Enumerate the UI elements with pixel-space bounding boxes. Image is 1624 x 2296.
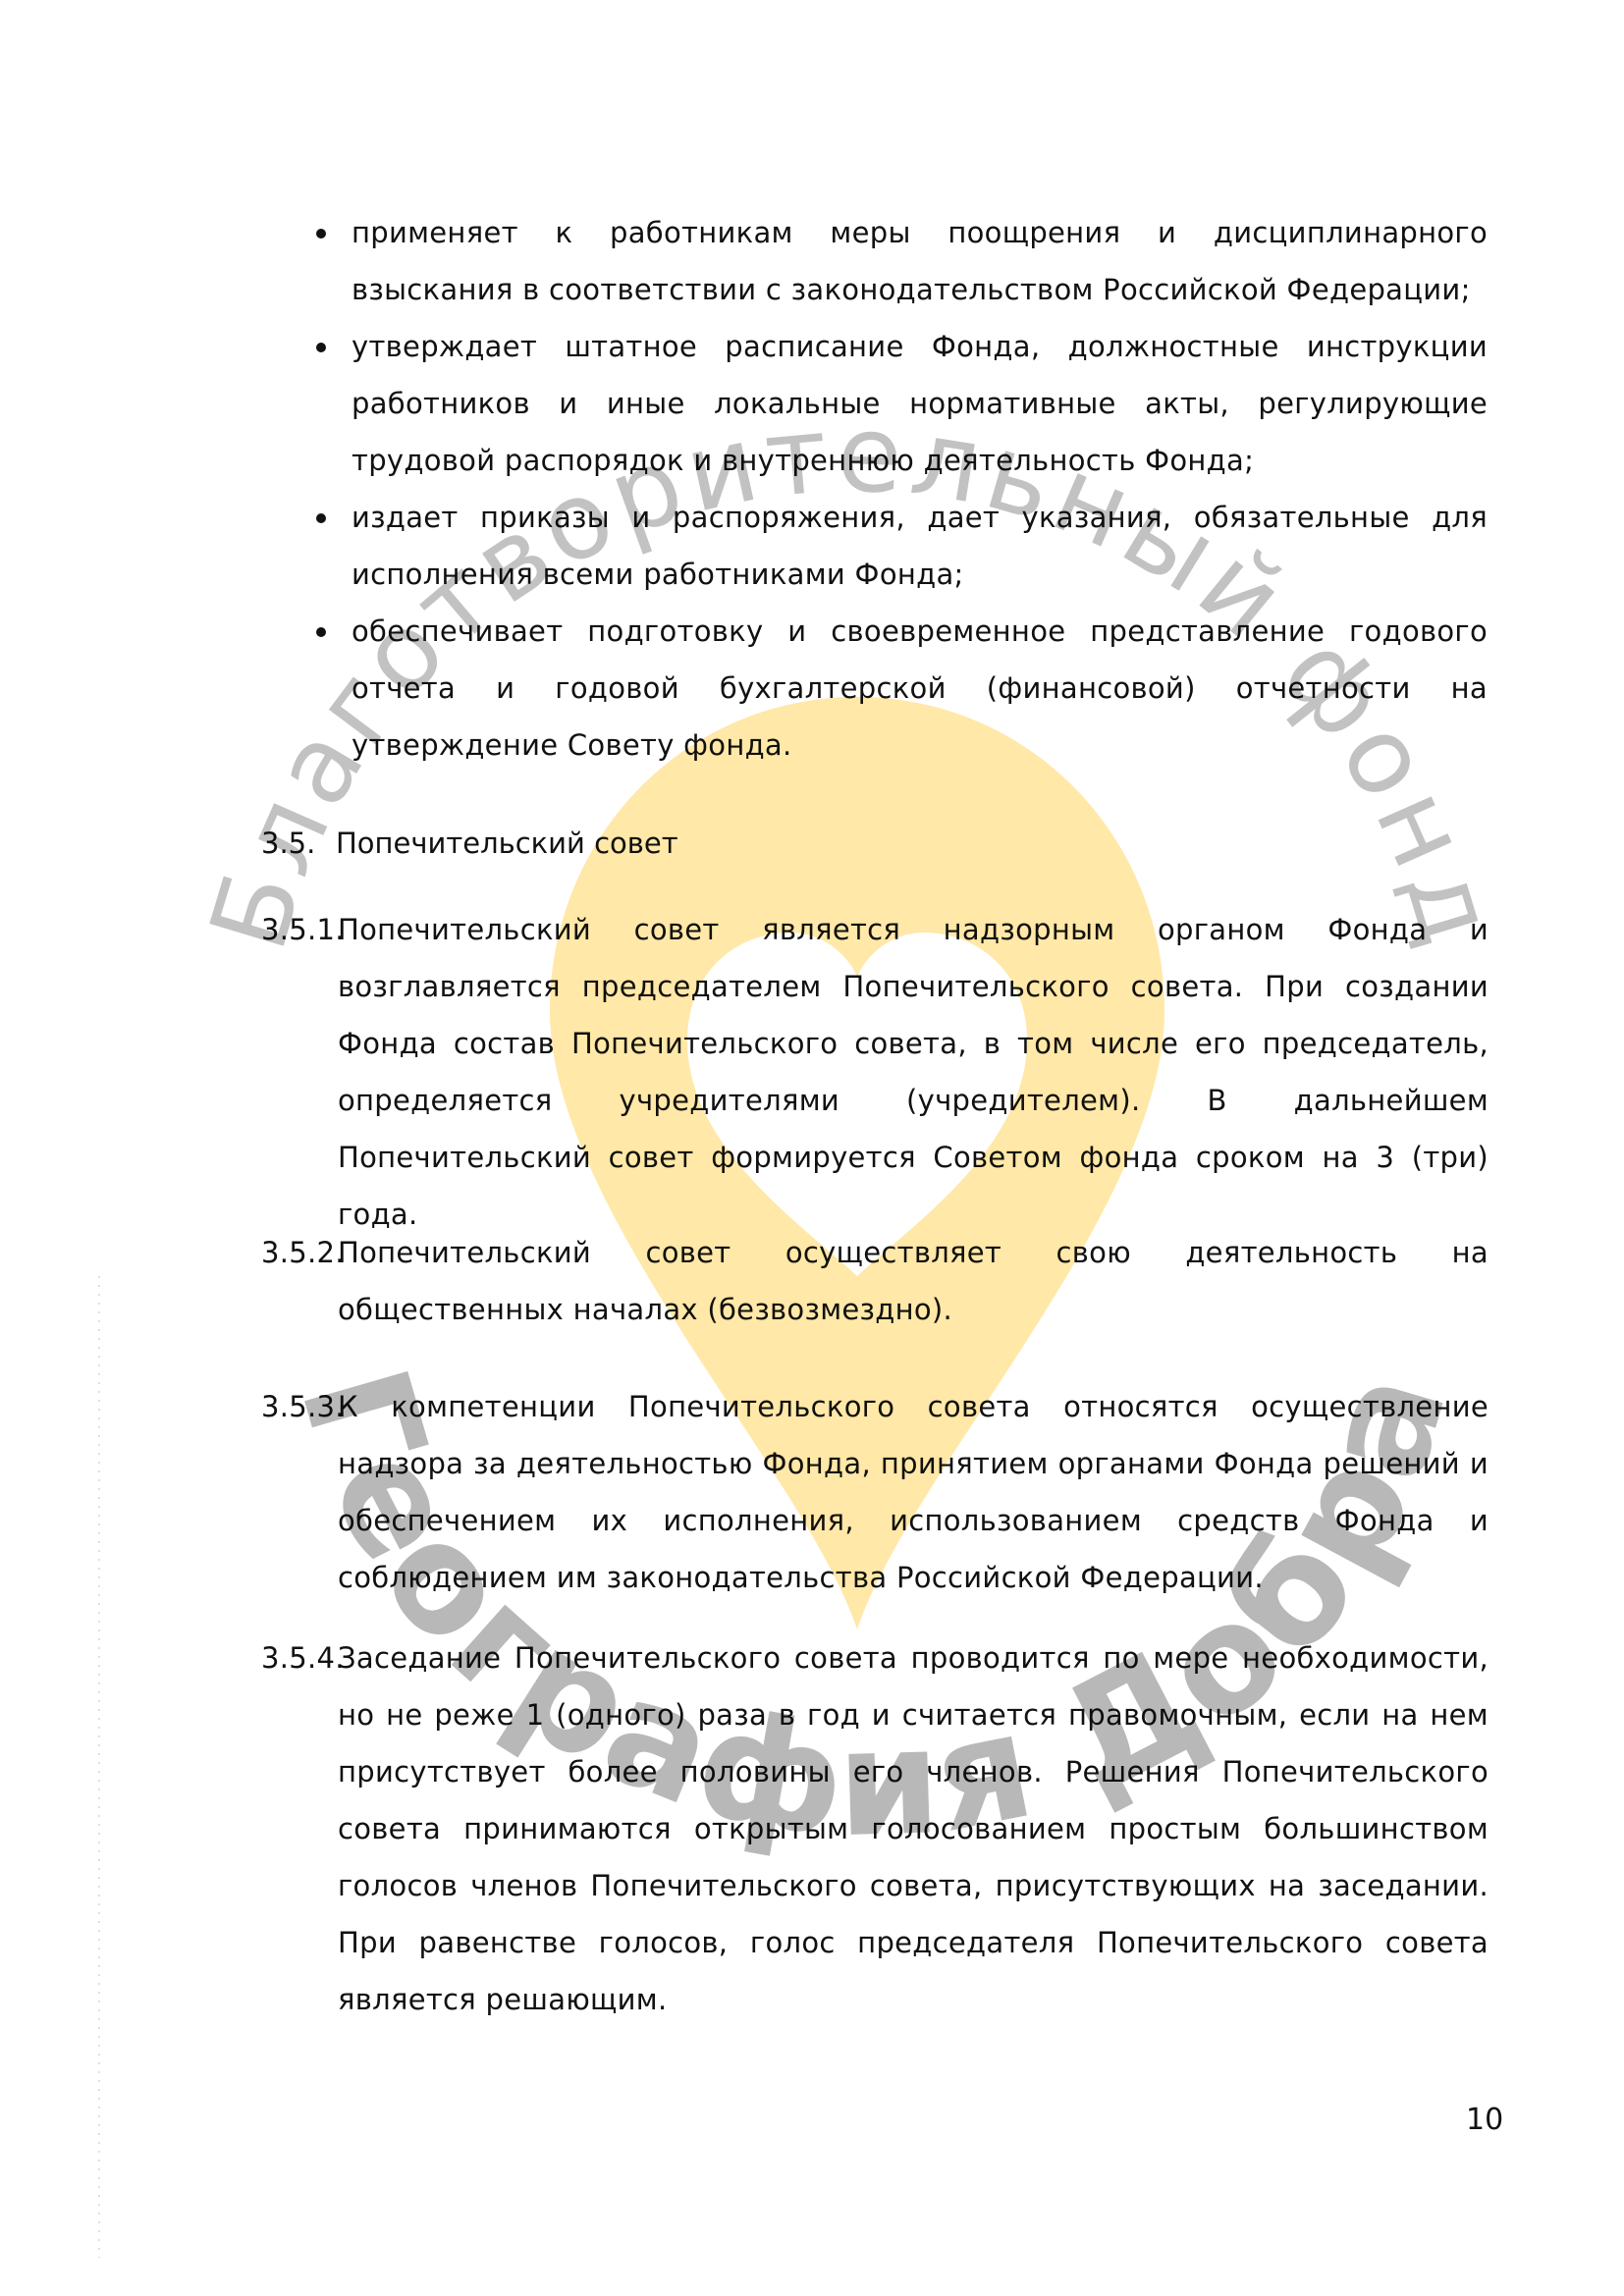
list-item: обеспечивает подготовку и своевременное … (314, 603, 1488, 774)
clause-number: 3.5.4. (261, 1629, 345, 1686)
clause-number: 3.5.2. (261, 1224, 345, 1281)
section-title: Попечительский совет (336, 827, 678, 860)
bullet-icon (316, 513, 326, 523)
bullet-list: применяет к работникам меры поощрения и … (314, 204, 1488, 774)
section-heading: 3.5.Попечительский совет (261, 815, 678, 872)
list-item: издает приказы и распоряжения, дает указ… (314, 489, 1488, 603)
document-page: Благотворительный фонд География Добра п… (0, 0, 1624, 2296)
bullet-icon (316, 627, 326, 637)
list-item: применяет к работникам меры поощрения и … (314, 204, 1488, 318)
clause-text: Попечительский совет осуществляет свою д… (261, 1224, 1489, 1338)
bullet-icon (316, 229, 326, 239)
clause-text: К компетенции Попечительского совета отн… (261, 1378, 1489, 1606)
bullet-icon (316, 343, 326, 352)
list-item: утверждает штатное расписание Фонда, дол… (314, 318, 1488, 489)
clause-text: Заседание Попечительского совета проводи… (261, 1629, 1489, 2028)
clause: 3.5.3. К компетенции Попечительского сов… (261, 1378, 1489, 1606)
clause: 3.5.4. Заседание Попечительского совета … (261, 1629, 1489, 2028)
page-number: 10 (1466, 2101, 1503, 2140)
clause-number: 3.5.3. (261, 1378, 345, 1435)
clause-number: 3.5.1. (261, 901, 345, 958)
document-content: применяет к работникам меры поощрения и … (0, 0, 1624, 2296)
list-item-text: издает приказы и распоряжения, дает указ… (352, 501, 1488, 591)
list-item-text: утверждает штатное расписание Фонда, дол… (352, 330, 1488, 477)
list-item-text: применяет к работникам меры поощрения и … (352, 216, 1488, 306)
clause-text: Попечительский совет является надзорным … (261, 901, 1489, 1243)
clause: 3.5.2. Попечительский совет осуществляет… (261, 1224, 1489, 1338)
clause: 3.5.1. Попечительский совет является над… (261, 901, 1489, 1243)
section-number: 3.5. (261, 815, 336, 872)
list-item-text: обеспечивает подготовку и своевременное … (352, 614, 1488, 762)
